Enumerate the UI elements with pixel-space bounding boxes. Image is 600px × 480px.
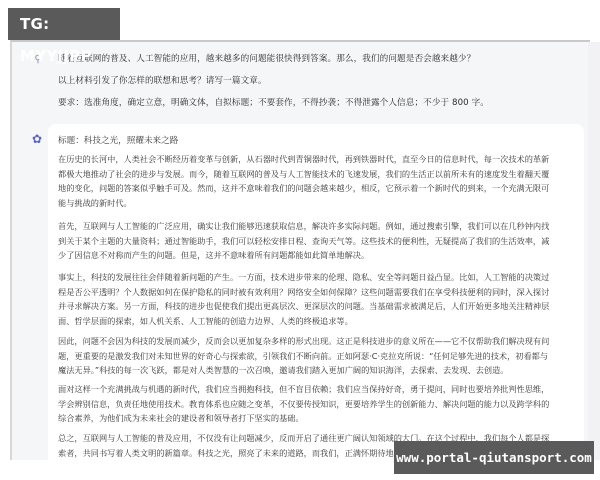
user-message-line: 要求：选准角度，确定立意，明确文体，自拟标题；不要套作，不得抄袭；不得泄露个人信… xyxy=(58,96,489,108)
paragraph-line: 事实上，科技的发展往往会伴随着新问题的产生。一方面，技术进步带来的伦理、隐私、安… xyxy=(58,270,588,285)
watermark-url: www.portal-qiutansport.com xyxy=(394,441,594,474)
essay-paragraph: 在历史的长河中，人类社会不断经历着变革与创新，从石器时代到青铜器时代，再到铁器时… xyxy=(58,152,588,210)
paragraph-line: 能与挑战的新时代。 xyxy=(58,196,588,211)
essay-paragraph: 面对这样一个充满挑战与机遇的新时代，我们应当拥抱科技，但不盲目依赖；我们应当保持… xyxy=(58,382,588,426)
essay-paragraph: 首先，互联网与人工智能的广泛应用，确实让我们能够迅速获取信息，解决许多实际问题。… xyxy=(58,219,588,263)
essay-paragraph: 因此，问题不会因为科技的发展而减少，反而会以更加复杂多样的形式出现。这正是科技进… xyxy=(58,334,588,378)
paragraph-line: 面、哲学层面的探索，如人机关系、人工智能的创造力边界、人类的终极追求等。 xyxy=(58,314,588,329)
paragraph-line: 魔法无异。”科技的每一次飞跃，都是对人类智慧的一次召唤，邀请我们踏入更加广阔的知… xyxy=(58,363,588,378)
paragraph-line: 并寻求解决方案。另一方面，科技的进步也促使我们提出更高层次、更深层次的问题。当基… xyxy=(58,299,588,314)
essay-paragraph: 事实上，科技的发展往往会伴随着新问题的产生。一方面，技术进步带来的伦理、隐私、安… xyxy=(58,270,588,328)
paragraph-line: 学会辨别信息，负责任地使用技术。教育体系也应随之变革，不仅要传授知识，更要培养学… xyxy=(58,397,588,412)
paragraph-line: 地的变化，问题的答案似乎触手可及。然而，这并不意味着我们的问题会越来越少，相反，… xyxy=(58,181,588,196)
paragraph-line: 面对这样一个充满挑战与机遇的新时代，我们应当拥抱科技，但不盲目依赖；我们应当保持… xyxy=(58,382,588,397)
paragraph-line: 程是否公平透明？个人数据如何在保护隐私的同时被有效利用？网络安全如何保障？这些问… xyxy=(58,285,588,300)
screenshot-page: TG: MYYJJPP ⚲ 随着互联网的普及、人工智能的应用，越来越多的问题能很… xyxy=(0,0,600,480)
paragraph-line: 题，更重要的是激发我们对未知世界的好奇心与探索欲，引领我们不断向前。正如阿瑟·C… xyxy=(58,349,588,364)
user-message-line: 以上材料引发了你怎样的联想和思考？请写一篇文章。 xyxy=(58,74,267,86)
paragraph-line: 到关于某个主题的大量资料；通过智能助手，我们可以轻松安排日程、查询天气等。这些技… xyxy=(58,234,588,249)
paragraph-line: 在历史的长河中，人类社会不断经历着变革与创新，从石器时代到青铜器时代，再到铁器时… xyxy=(58,152,588,167)
ai-assistant-icon: ✿ xyxy=(30,132,44,146)
paragraph-line: 少了因信息不对称而产生的问题。但是，这并不意味着所有问题都能如此简单地解决。 xyxy=(58,248,588,263)
tg-badge: TG: MYYJJPP xyxy=(8,8,120,40)
scrollbar-track[interactable] xyxy=(588,42,600,460)
paragraph-line: 首先，互联网与人工智能的广泛应用，确实让我们能够迅速获取信息，解决许多实际问题。… xyxy=(58,219,588,234)
essay-title: 标题：科技之光，照耀未来之路 xyxy=(58,134,178,146)
paragraph-line: 因此，问题不会因为科技的发展而减少，反而会以更加复杂多样的形式出现。这正是科技进… xyxy=(58,334,588,349)
chat-window: ⚲ 随着互联网的普及、人工智能的应用，越来越多的问题能很快得到答案。那么，我们的… xyxy=(10,40,590,460)
paragraph-line: 综合素养，为他们成为未来社会的建设者和领导者打下坚实的基础。 xyxy=(58,411,588,426)
user-message-line: 随着互联网的普及、人工智能的应用，越来越多的问题能很快得到答案。那么，我们的问题… xyxy=(58,52,475,64)
paragraph-line: 都极大地推动了社会的进步与发展。而今，随着互联网的普及与人工智能技术的飞速发展，… xyxy=(58,167,588,182)
